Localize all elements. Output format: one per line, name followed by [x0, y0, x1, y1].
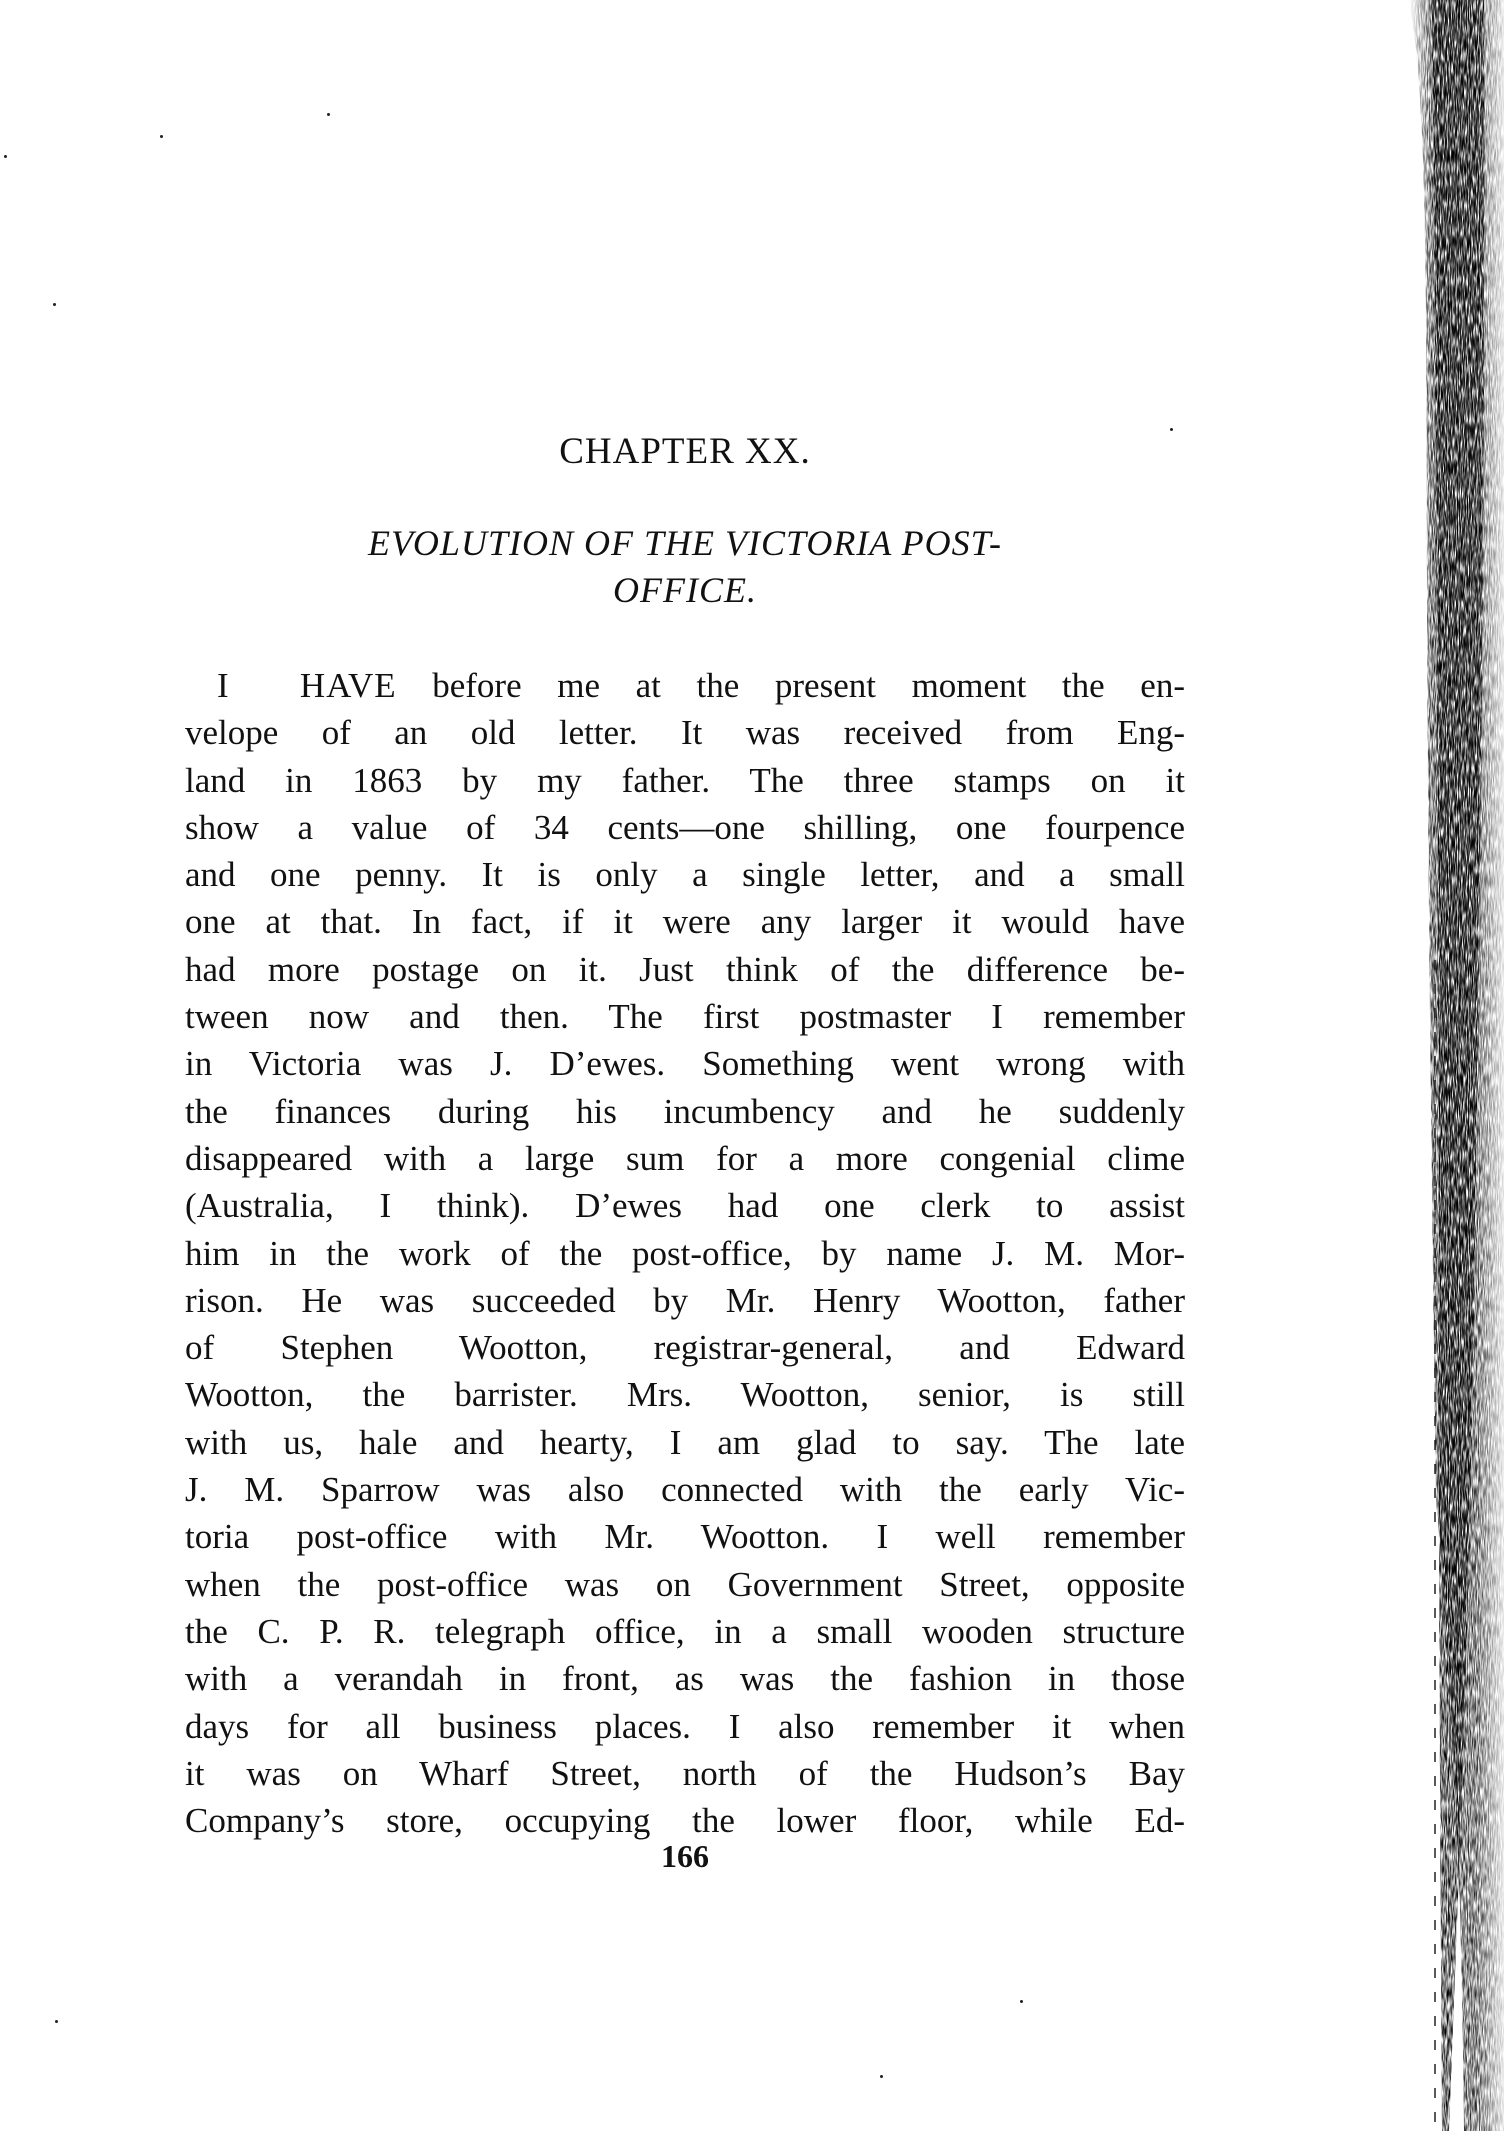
text-line: and one penny. It is only a single lette… [185, 851, 1185, 898]
text-line: of Stephen Wootton, registrar-general, a… [185, 1324, 1185, 1371]
scan-speck [1020, 2000, 1023, 2003]
chapter-title: EVOLUTION OF THE VICTORIA POST- OFFICE. [185, 520, 1185, 614]
scan-speck [1170, 428, 1173, 431]
text-line: when the post-office was on Government S… [185, 1561, 1185, 1608]
text-line: show a value of 34 cents—one shilling, o… [185, 804, 1185, 851]
scan-speck [880, 2075, 883, 2078]
text-line: days for all business places. I also rem… [185, 1703, 1185, 1750]
text-line: land in 1863 by my father. The three sta… [185, 757, 1185, 804]
binding-gutter-shadow [1354, 0, 1504, 2131]
text-line: rison. He was succeeded by Mr. Henry Woo… [185, 1277, 1185, 1324]
text-line: tween now and then. The first postmaster… [185, 993, 1185, 1040]
text-line: it was on Wharf Street, north of the Hud… [185, 1750, 1185, 1797]
page-number: 166 [185, 1836, 1185, 1876]
text-line: one at that. In fact, if it were any lar… [185, 898, 1185, 945]
scan-speck [53, 303, 56, 306]
text-line: the finances during his incumbency and h… [185, 1088, 1185, 1135]
smallcaps-word: HAVE [300, 666, 397, 705]
text-line: velope of an old letter. It was received… [185, 709, 1185, 756]
chapter-title-line-2: OFFICE. [185, 567, 1185, 614]
first-word: I [217, 666, 229, 705]
scan-speck [4, 155, 7, 158]
text-line: him in the work of the post-office, by n… [185, 1230, 1185, 1277]
text-line: in Victoria was J. D’ewes. Something wen… [185, 1040, 1185, 1087]
book-page: CHAPTER XX. EVOLUTION OF THE VICTORIA PO… [0, 0, 1504, 2131]
text-line: toria post-office with Mr. Wootton. I we… [185, 1513, 1185, 1560]
scan-speck [327, 113, 330, 116]
scan-speck [160, 135, 163, 138]
text-line: with us, hale and hearty, I am glad to s… [185, 1419, 1185, 1466]
chapter-title-line-1: EVOLUTION OF THE VICTORIA POST- [185, 520, 1185, 567]
text-line: had more postage on it. Just think of th… [185, 946, 1185, 993]
text-line: I HAVE before me at the present moment t… [185, 662, 1185, 709]
text-line: Wootton, the barrister. Mrs. Wootton, se… [185, 1371, 1185, 1418]
chapter-heading: CHAPTER XX. [185, 428, 1185, 476]
scan-speck [55, 2020, 58, 2023]
text-line: disappeared with a large sum for a more … [185, 1135, 1185, 1182]
text-line: J. M. Sparrow was also connected with th… [185, 1466, 1185, 1513]
text-line: the C. P. R. telegraph office, in a smal… [185, 1608, 1185, 1655]
text-line: with a verandah in front, as was the fas… [185, 1655, 1185, 1702]
text-line: (Australia, I think). D’ewes had one cle… [185, 1182, 1185, 1229]
text-line-content: before me at the present moment the en- [432, 666, 1185, 705]
body-paragraph: I HAVE before me at the present moment t… [185, 662, 1185, 1844]
